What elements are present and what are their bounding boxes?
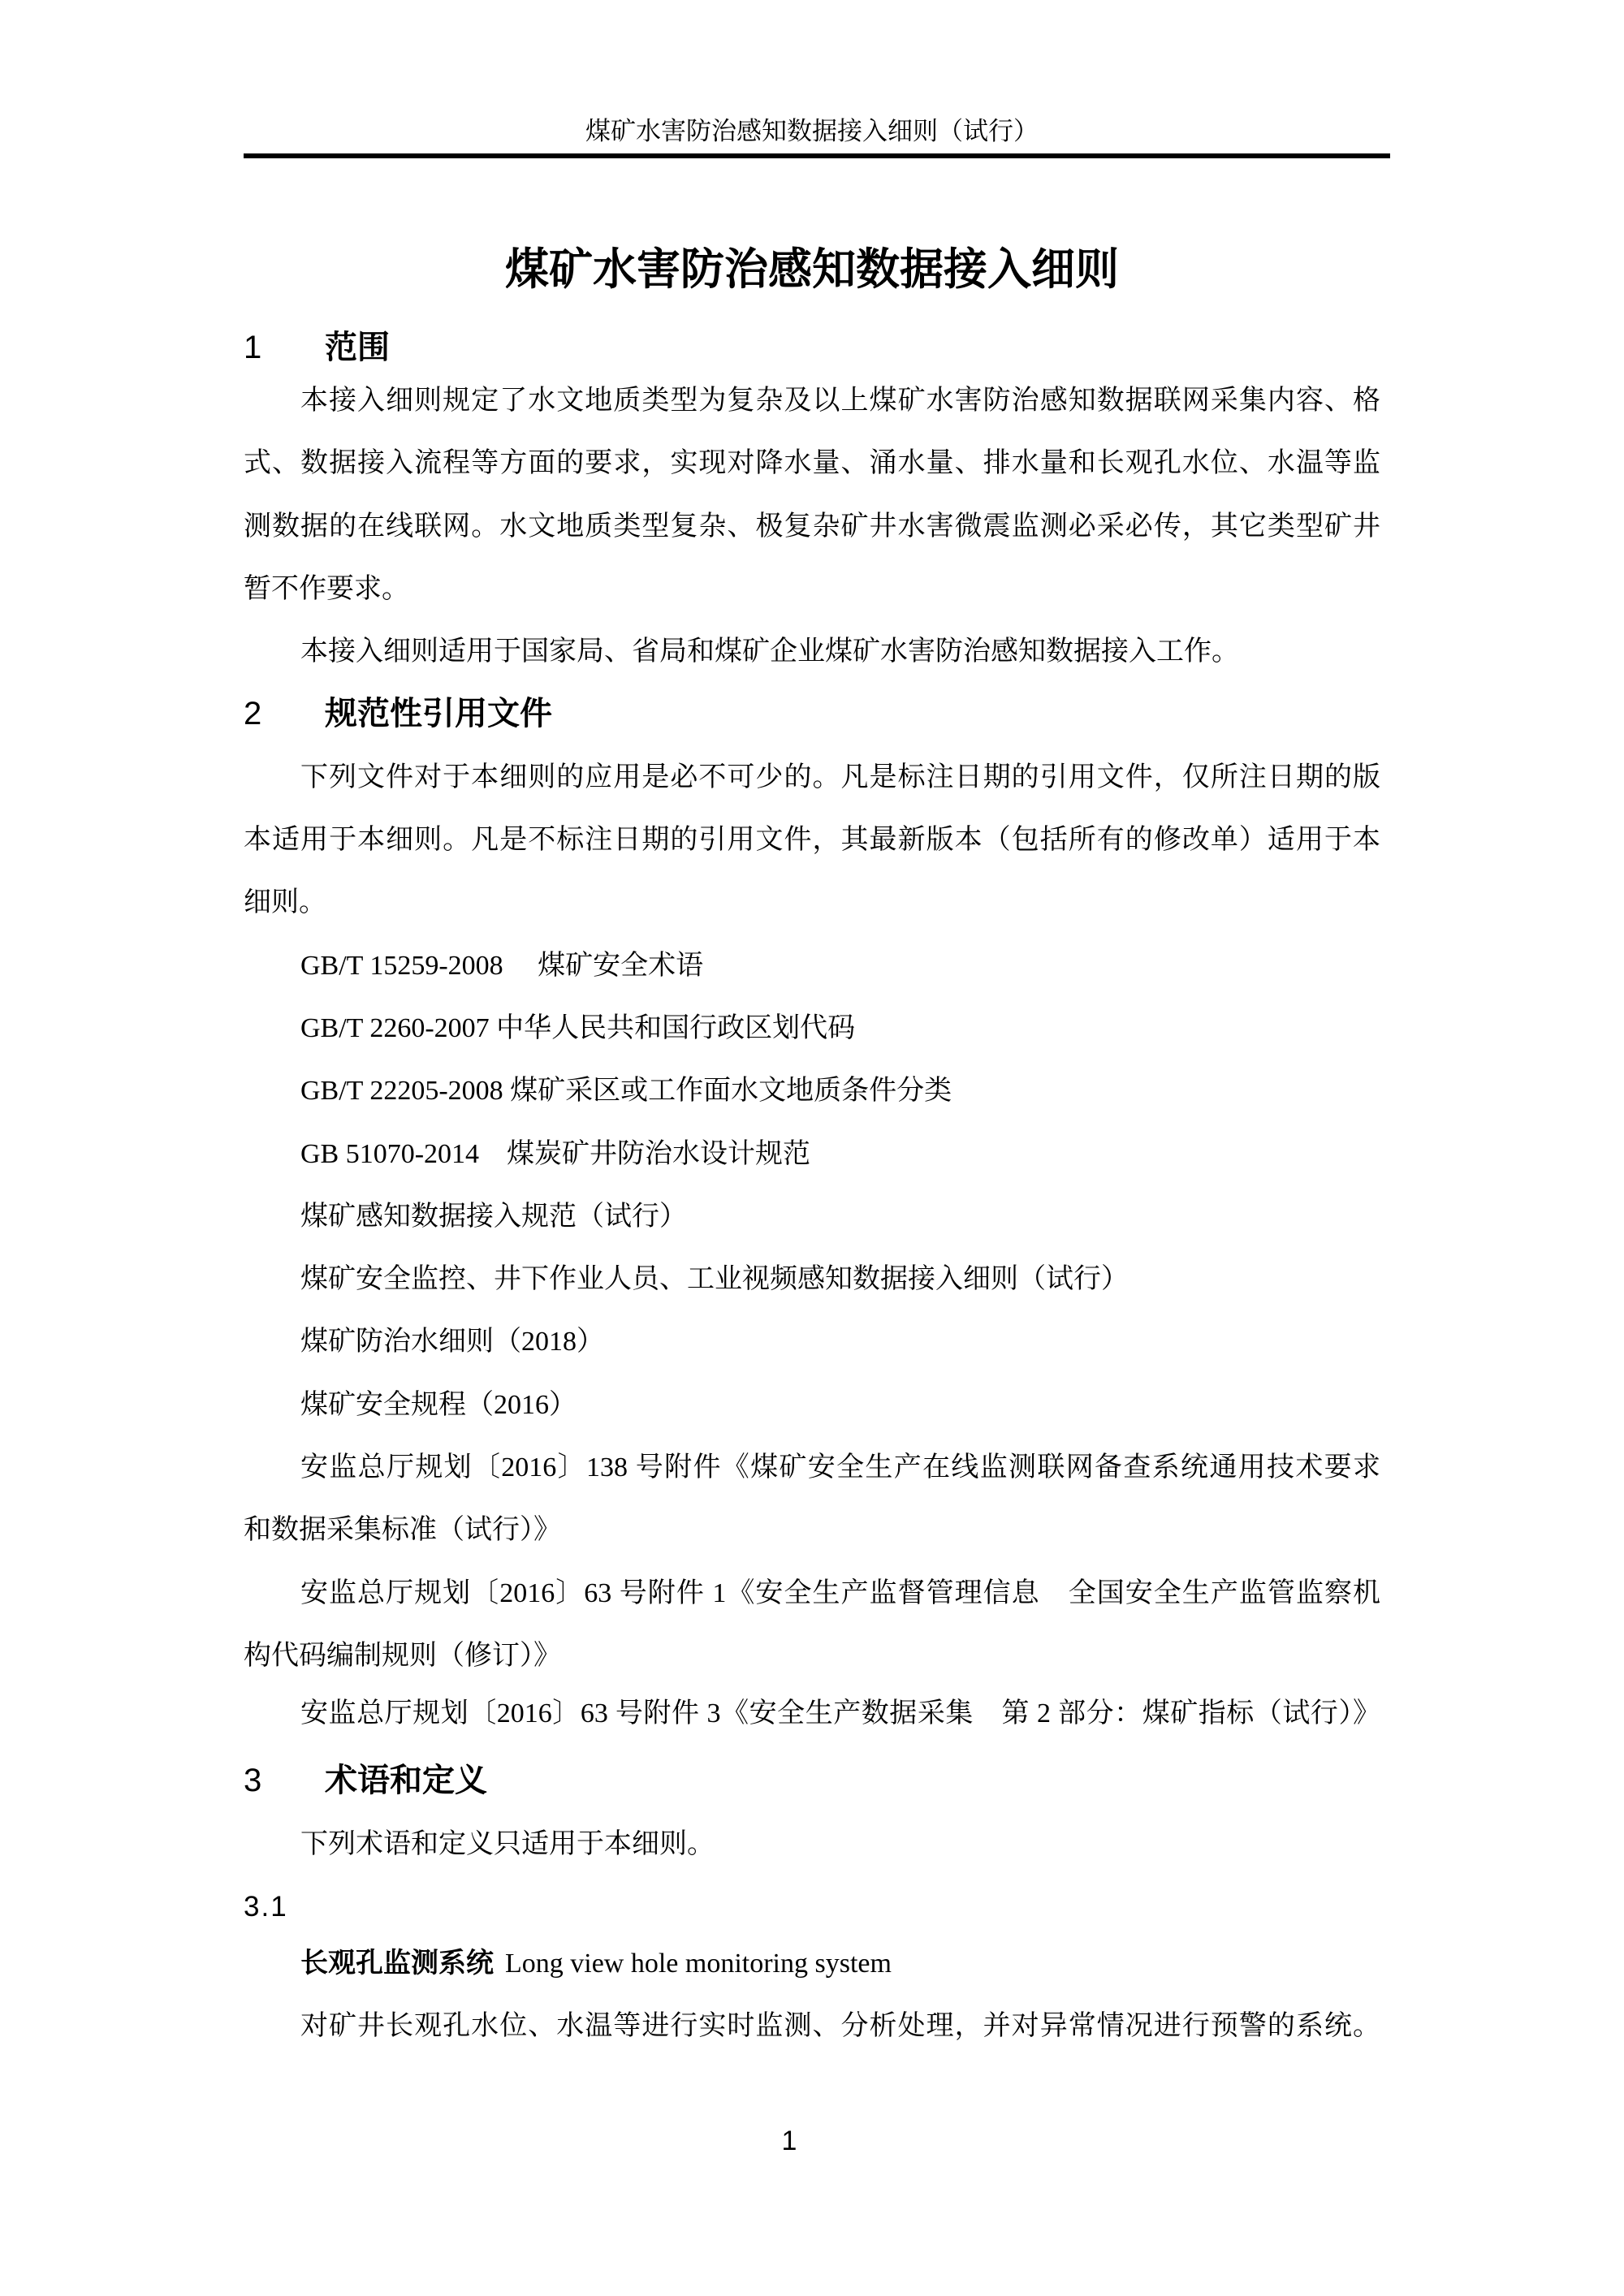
header-rule <box>244 153 1390 158</box>
heading-number: 2 <box>244 683 325 745</box>
document-title: 煤矿水害防治感知数据接入细则 <box>0 240 1624 299</box>
paragraph-line: 对矿井长观孔水位、水温等进行实时监测、分析处理，并对异常情况进行预警的系统。 <box>244 1995 1380 2057</box>
paragraph-line: 测数据的在线联网。水文地质类型复杂、极复杂矿井水害微震监测必采必传，其它类型矿井 <box>244 495 1380 558</box>
paragraph-line: 暂不作要求。 <box>244 558 1380 620</box>
paragraph-line: 本适用于本细则。凡是不标注日期的引用文件，其最新版本（包括所有的修改单）适用于本 <box>244 809 1380 871</box>
paragraph-line: 下列文件对于本细则的应用是必不可少的。凡是标注日期的引用文件，仅所注日期的版 <box>244 746 1380 809</box>
paragraph-line: 下列术语和定义只适用于本细则。 <box>244 1813 1380 1875</box>
heading-label: 规范性引用文件 <box>325 696 552 732</box>
term-en-label: Long view hole monitoring system <box>505 1949 892 1979</box>
reference-item: 煤矿感知数据接入规范（试行） <box>244 1185 1380 1248</box>
reference-item: 煤矿安全规程（2016） <box>244 1374 1380 1436</box>
heading-number: 3 <box>244 1750 325 1812</box>
reference-item: 安监总厅规划〔2016〕63 号附件 1《安全生产监督管理信息 全国安全生产监管… <box>244 1562 1380 1625</box>
reference-item: 煤矿防治水细则（2018） <box>244 1310 1380 1373</box>
section-heading-2: 2规范性引用文件 <box>244 683 1380 745</box>
reference-item: 安监总厅规划〔2016〕63 号附件 3《安全生产数据采集 第 2 部分：煤矿指… <box>244 1682 1380 1745</box>
heading-label: 范围 <box>325 330 390 365</box>
subsection-number: 3.1 <box>244 1875 1380 1938</box>
paragraph-line: 式、数据接入流程等方面的要求，实现对降水量、涌水量、排水量和长观孔水位、水温等监 <box>244 432 1380 494</box>
reference-item: GB/T 22205-2008 煤矿采区或工作面水文地质条件分类 <box>244 1060 1380 1122</box>
reference-item: 安监总厅规划〔2016〕138 号附件《煤矿安全生产在线监测联网备查系统通用技术… <box>244 1436 1380 1499</box>
document-page: 煤矿水害防治感知数据接入细则（试行） 煤矿水害防治感知数据接入细则 1范围 本接… <box>0 0 1624 2296</box>
reference-item: 煤矿安全监控、井下作业人员、工业视频感知数据接入细则（试行） <box>244 1248 1380 1310</box>
running-header-text: 煤矿水害防治感知数据接入细则（试行） <box>0 115 1624 148</box>
reference-item: GB/T 15259-2008 煤矿安全术语 <box>244 934 1380 997</box>
page-number: 1 <box>708 2121 870 2161</box>
section-heading-3: 3术语和定义 <box>244 1750 1380 1812</box>
reference-item: GB 51070-2014 煤炭矿井防治水设计规范 <box>244 1123 1380 1185</box>
term-line: 长观孔监测系统Long view hole monitoring system <box>244 1932 1380 1995</box>
reference-item: GB/T 2260-2007 中华人民共和国行政区划代码 <box>244 997 1380 1060</box>
reference-item: 构代码编制规则（修订）》 <box>244 1625 1380 1687</box>
heading-label: 术语和定义 <box>325 1763 487 1798</box>
paragraph-line: 本接入细则适用于国家局、省局和煤矿企业煤矿水害防治感知数据接入工作。 <box>244 620 1380 683</box>
paragraph-line: 细则。 <box>244 871 1380 934</box>
term-cn-label: 长观孔监测系统 <box>300 1948 494 1979</box>
reference-item: 和数据采集标准（试行）》 <box>244 1499 1380 1561</box>
paragraph-line: 本接入细则规定了水文地质类型为复杂及以上煤矿水害防治感知数据联网采集内容、格 <box>244 369 1380 432</box>
